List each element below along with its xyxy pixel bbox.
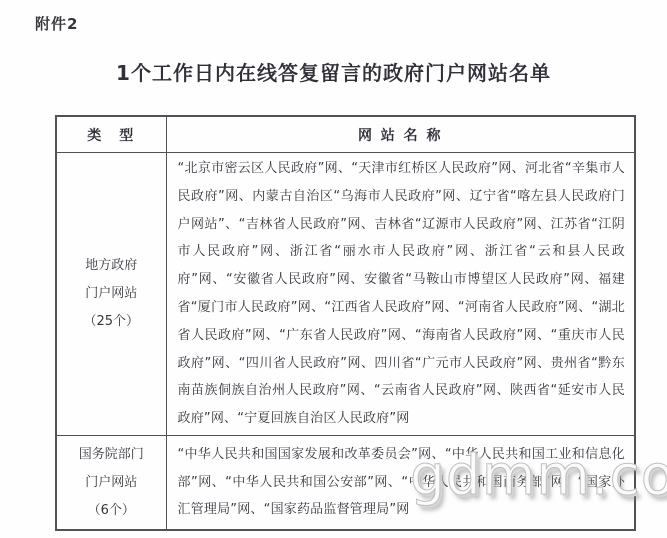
table-header-row: 类 型 网 站 名 称 xyxy=(56,116,635,153)
type-line: 门户网站 xyxy=(58,469,165,497)
type-line: （25个） xyxy=(58,308,165,336)
header-cell-type: 类 型 xyxy=(56,116,166,153)
type-line: 国务院部门 xyxy=(58,441,165,469)
attachment-label: 附件2 xyxy=(35,13,78,34)
type-line: 门户网站 xyxy=(58,280,165,308)
type-line: 地方政府 xyxy=(58,252,165,280)
type-line: （6个） xyxy=(58,497,165,525)
type-cell-local: 地方政府 门户网站 （25个） xyxy=(56,153,166,436)
type-cell-ministry: 国务院部门 门户网站 （6个） xyxy=(56,436,166,531)
page-title: 1个工作日内在线答复留言的政府门户网站名单 xyxy=(0,57,667,86)
websites-table: 类 型 网 站 名 称 地方政府 门户网站 （25个） “北京市密云区人民政府”… xyxy=(55,115,636,531)
table-row-local-government: 地方政府 门户网站 （25个） “北京市密云区人民政府”网、“天津市红桥区人民政… xyxy=(56,153,635,436)
table-row-state-council: 国务院部门 门户网站 （6个） “中华人民共和国国家发展和改革委员会”网、“中华… xyxy=(56,436,635,531)
sites-cell-local: “北京市密云区人民政府”网、“天津市红桥区人民政府”网、河北省“辛集市人民政府”… xyxy=(166,153,635,436)
document-page: 附件2 1个工作日内在线答复留言的政府门户网站名单 类 型 网 站 名 称 地方… xyxy=(0,0,667,538)
sites-cell-ministry: “中华人民共和国国家发展和改革委员会”网、“中华人民共和国工业和信息化部”网、“… xyxy=(166,436,635,531)
header-cell-site-name: 网 站 名 称 xyxy=(166,116,635,153)
